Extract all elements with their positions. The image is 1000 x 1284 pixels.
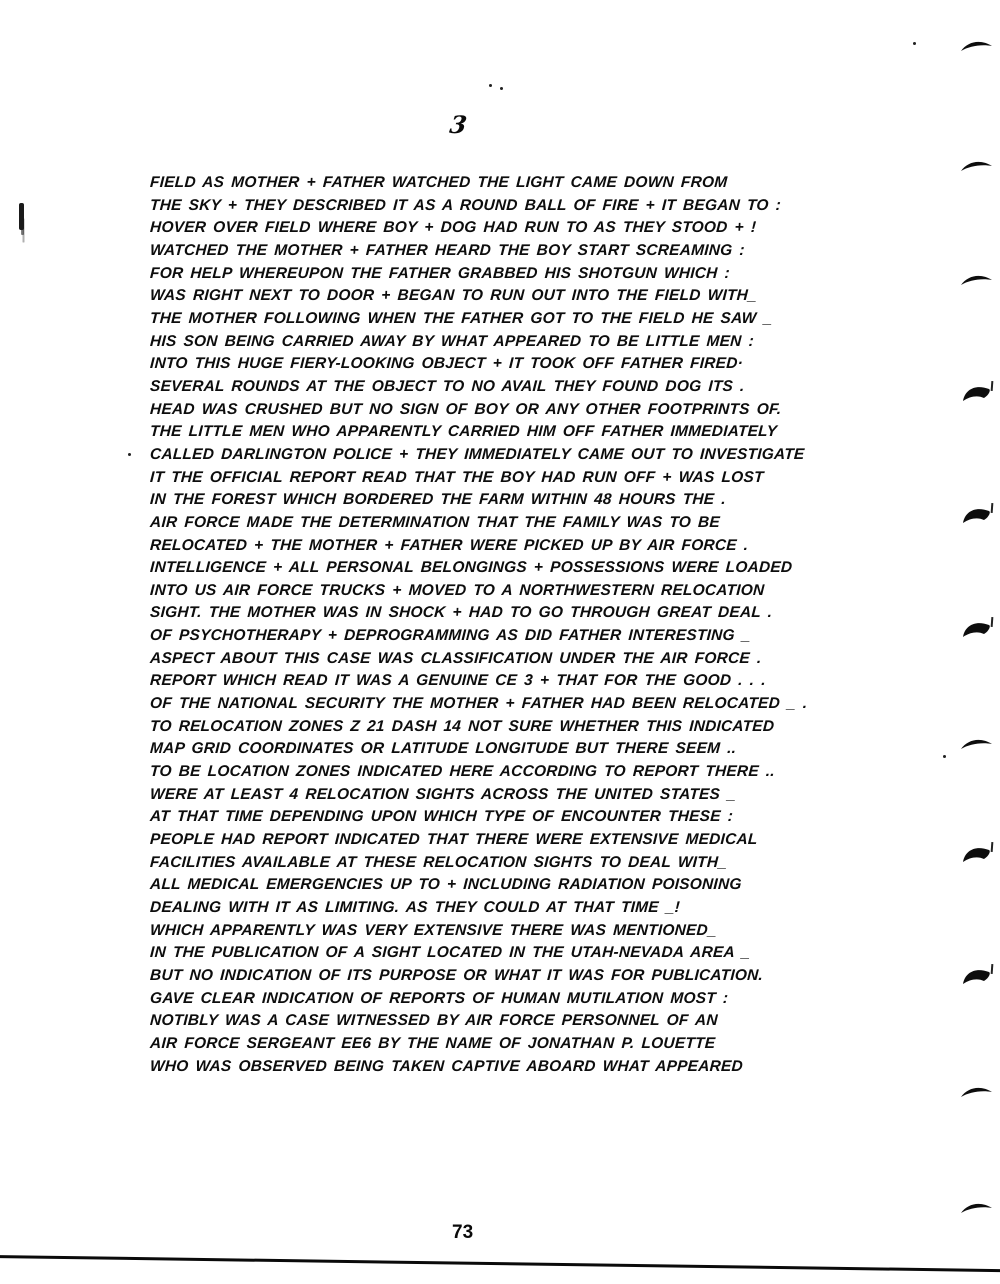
manuscript-line: INTO THIS HUGE FIERY-LOOKING OBJECT + IT…: [149, 353, 862, 376]
manuscript-line: WERE AT LEAST 4 RELOCATION SIGHTS ACROSS…: [149, 784, 862, 807]
manuscript-line: RELOCATED + THE MOTHER + FATHER WERE PIC…: [149, 535, 862, 558]
manuscript-line: THE MOTHER FOLLOWING WHEN THE FATHER GOT…: [149, 308, 862, 331]
handwritten-page-number: 3: [448, 110, 469, 139]
left-margin-scan-smudge: [19, 203, 24, 230]
manuscript-line: HIS SON BEING CARRIED AWAY BY WHAT APPEA…: [149, 331, 862, 354]
manuscript-line: TO RELOCATION ZONES Z 21 DASH 14 NOT SUR…: [149, 716, 862, 739]
printed-page-number: 73: [452, 1222, 473, 1244]
manuscript-line: PEOPLE HAD REPORT INDICATED THAT THERE W…: [149, 829, 862, 852]
manuscript-line: FACILITIES AVAILABLE AT THESE RELOCATION…: [149, 852, 862, 875]
manuscript-line: IT THE OFFICIAL REPORT READ THAT THE BOY…: [149, 467, 862, 490]
manuscript-line: GAVE CLEAR INDICATION OF REPORTS OF HUMA…: [149, 988, 862, 1011]
manuscript-line: THE LITTLE MEN WHO APPARENTLY CARRIED HI…: [149, 421, 862, 444]
manuscript-line: SEVERAL ROUNDS AT THE OBJECT TO NO AVAIL…: [149, 376, 862, 399]
manuscript-line: TO BE LOCATION ZONES INDICATED HERE ACCO…: [149, 761, 862, 784]
manuscript-line: INTELLIGENCE + ALL PERSONAL BELONGINGS +…: [149, 557, 862, 580]
manuscript-line: IN THE FOREST WHICH BORDERED THE FARM WI…: [149, 489, 862, 512]
manuscript-line: MAP GRID COORDINATES OR LATITUDE LONGITU…: [149, 738, 862, 761]
manuscript-line: REPORT WHICH READ IT WAS A GENUINE CE 3 …: [149, 670, 862, 693]
binding-crescent-mark: [960, 1200, 994, 1222]
manuscript-line: INTO US AIR FORCE TRUCKS + MOVED TO A NO…: [149, 580, 862, 603]
scanned-document-page: 3 FIELD AS MOTHER + FATHER WATCHED THE L…: [0, 0, 1000, 1284]
manuscript-line: OF THE NATIONAL SECURITY THE MOTHER + FA…: [149, 693, 862, 716]
manuscript-line: SIGHT. THE MOTHER WAS IN SHOCK + HAD TO …: [149, 602, 862, 625]
manuscript-line: FOR HELP WHEREUPON THE FATHER GRABBED HI…: [149, 263, 862, 286]
handwritten-text-block: FIELD AS MOTHER + FATHER WATCHED THE LIG…: [150, 172, 862, 1078]
binding-crescent-mark: [960, 1084, 994, 1106]
manuscript-line: OF PSYCHOTHERAPY + DEPROGRAMMING AS DID …: [149, 625, 862, 648]
manuscript-line: HOVER OVER FIELD WHERE BOY + DOG HAD RUN…: [149, 217, 862, 240]
binding-crescent-mark: [960, 383, 994, 405]
manuscript-line: ASPECT ABOUT THIS CASE WAS CLASSIFICATIO…: [149, 648, 862, 671]
bottom-scan-edge-line: [0, 1255, 1000, 1272]
binding-crescent-mark: [960, 736, 994, 758]
manuscript-line: AIR FORCE SERGEANT EE6 BY THE NAME OF JO…: [149, 1033, 862, 1056]
manuscript-line: NOTIBLY WAS A CASE WITNESSED BY AIR FORC…: [149, 1010, 862, 1033]
manuscript-line: DEALING WITH IT AS LIMITING. AS THEY COU…: [149, 897, 862, 920]
binding-crescent-mark: [960, 38, 994, 60]
scan-speck: [943, 755, 946, 758]
manuscript-line: BUT NO INDICATION OF ITS PURPOSE OR WHAT…: [149, 965, 862, 988]
manuscript-line: AT THAT TIME DEPENDING UPON WHICH TYPE O…: [149, 806, 862, 829]
manuscript-line: WATCHED THE MOTHER + FATHER HEARD THE BO…: [149, 240, 862, 263]
manuscript-line: THE SKY + THEY DESCRIBED IT AS A ROUND B…: [149, 195, 862, 218]
manuscript-line: ALL MEDICAL EMERGENCIES UP TO + INCLUDIN…: [149, 874, 862, 897]
scan-speck: [128, 453, 131, 456]
binding-crescent-mark: [960, 844, 994, 866]
manuscript-line: IN THE PUBLICATION OF A SIGHT LOCATED IN…: [149, 942, 862, 965]
binding-crescent-mark: [960, 966, 994, 988]
binding-crescent-mark: [960, 505, 994, 527]
scan-speck: [500, 87, 503, 90]
binding-crescent-mark: [960, 619, 994, 641]
manuscript-line: AIR FORCE MADE THE DETERMINATION THAT TH…: [149, 512, 862, 535]
binding-crescent-mark: [960, 158, 994, 180]
scan-speck: [913, 42, 916, 45]
scan-speck: [489, 84, 492, 87]
binding-crescent-mark: [960, 272, 994, 294]
manuscript-line: HEAD WAS CRUSHED BUT NO SIGN OF BOY OR A…: [149, 399, 862, 422]
manuscript-line: WAS RIGHT NEXT TO DOOR + BEGAN TO RUN OU…: [149, 285, 862, 308]
manuscript-line: WHICH APPARENTLY WAS VERY EXTENSIVE THER…: [149, 920, 862, 943]
manuscript-line: FIELD AS MOTHER + FATHER WATCHED THE LIG…: [149, 172, 862, 195]
manuscript-line: CALLED DARLINGTON POLICE + THEY IMMEDIAT…: [149, 444, 862, 467]
manuscript-line: WHO WAS OBSERVED BEING TAKEN CAPTIVE ABO…: [149, 1056, 862, 1079]
